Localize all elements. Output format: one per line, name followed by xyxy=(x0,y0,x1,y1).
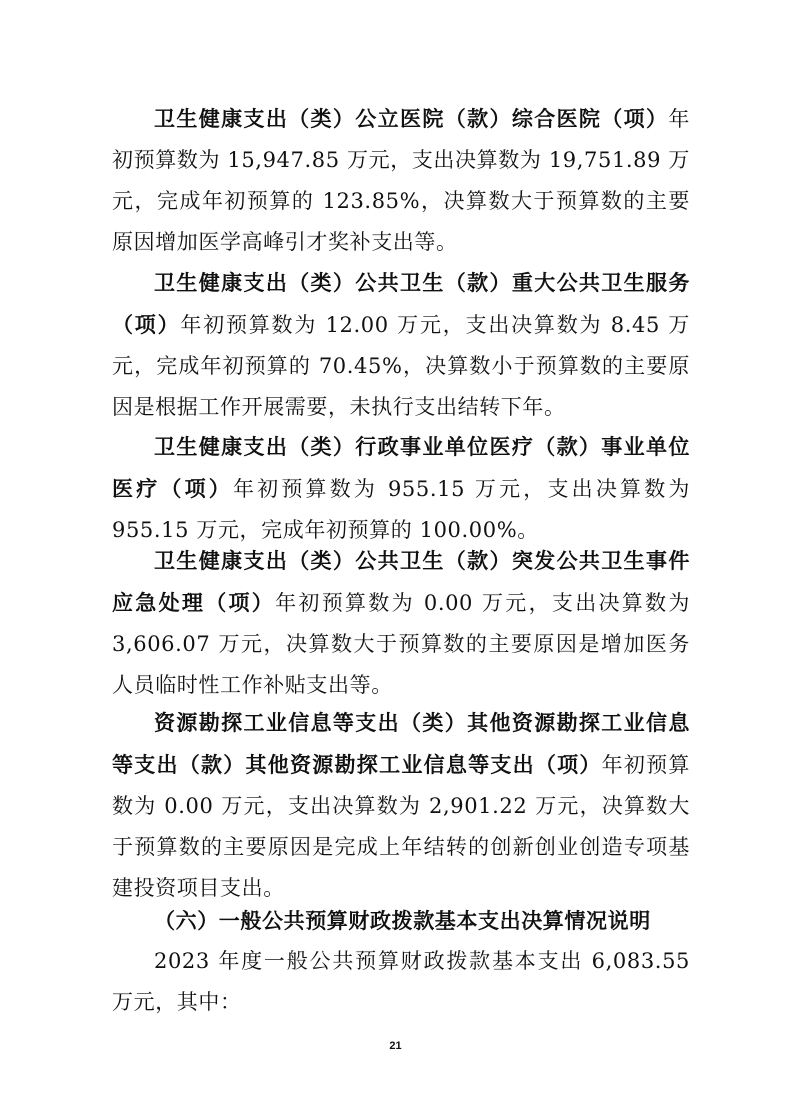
paragraph-lead: 卫生健康支出（类）公立医院（款）综合医院（项） xyxy=(154,106,668,131)
document-page: 卫生健康支出（类）公立医院（款）综合医院（项）年初预算数为 15,947.85 … xyxy=(0,0,791,1116)
paragraph-major-public-health: 卫生健康支出（类）公共卫生（款）重大公共卫生服务（项）年初预算数为 12.00 … xyxy=(112,262,690,428)
paragraph-general-hospital: 卫生健康支出（类）公立医院（款）综合医院（项）年初预算数为 15,947.85 … xyxy=(112,98,690,263)
paragraph-resource-exploration: 资源勘探工业信息等支出（类）其他资源勘探工业信息等支出（款）其他资源勘探工业信息… xyxy=(112,702,690,909)
paragraph-public-health-emergency: 卫生健康支出（类）公共卫生（款）突发公共卫生事件应急处理（项）年初预算数为 0.… xyxy=(112,540,690,706)
section-heading: （六）一般公共预算财政拨款基本支出决算情况说明 xyxy=(112,900,690,941)
paragraph-institution-medical: 卫生健康支出（类）行政事业单位医疗（款）事业单位医疗（项）年初预算数为 955.… xyxy=(112,426,690,551)
paragraph-body: 年初预算数为 12.00 万元，支出决算数为 8.45 万元，完成年初预算的 7… xyxy=(112,313,690,419)
closing-paragraph: 2023 年度一般公共预算财政拨款基本支出 6,083.55 万元，其中： xyxy=(112,941,690,1023)
page-number: 21 xyxy=(0,1040,791,1052)
